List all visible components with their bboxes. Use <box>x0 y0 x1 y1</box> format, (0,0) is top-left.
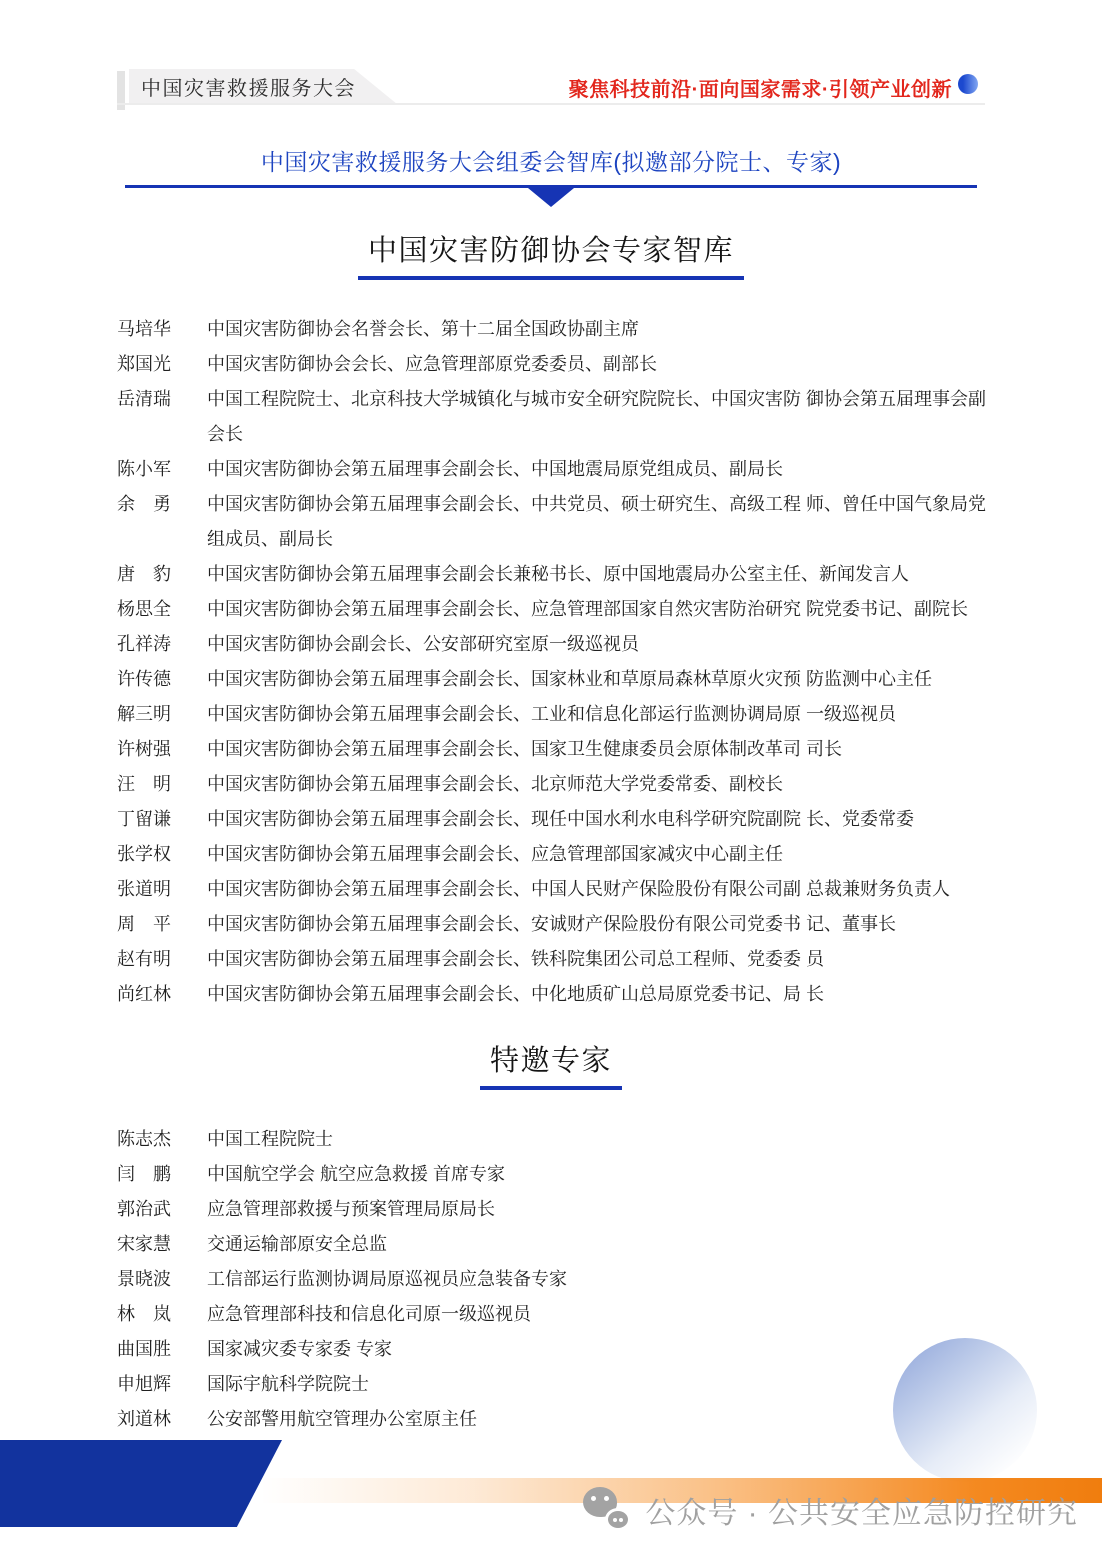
list-item: 许传德 中国灾害防御协会第五届理事会副会长、国家林业和草原局森林草原火灾预 防监… <box>117 662 1001 697</box>
member-desc: 中国工程院院士、北京科技大学城镇化与城市安全研究院院长、中国灾害防 御协会第五届… <box>207 382 987 452</box>
list-item: 赵有明 中国灾害防御协会第五届理事会副会长、铁科院集团公司总工程师、党委委 员 <box>117 942 1001 977</box>
list-item: 闫 鹏 中国航空学会 航空应急救援 首席专家 <box>117 1157 1001 1192</box>
watermark-text: 公众号 · 公共安全应急防控研究 <box>645 1488 1078 1532</box>
list-item: 杨思全 中国灾害防御协会第五届理事会副会长、应急管理部国家自然灾害防治研究 院党… <box>117 592 1001 627</box>
list-item: 岳清瑞 中国工程院院士、北京科技大学城镇化与城市安全研究院院长、中国灾害防 御协… <box>117 382 1001 452</box>
member-desc: 中国灾害防御协会第五届理事会副会长、北京师范大学党委常委、副校长 <box>207 767 987 802</box>
member-name: 郑国光 <box>117 347 207 382</box>
member-name: 曲国胜 <box>117 1332 207 1367</box>
member-name: 刘道林 <box>117 1402 207 1437</box>
member-name: 杨思全 <box>117 592 207 627</box>
list-item: 郭治武 应急管理部救援与预案管理局原局长 <box>117 1192 1001 1227</box>
member-desc: 中国灾害防御协会第五届理事会副会长、应急管理部国家自然灾害防治研究 院党委书记、… <box>207 592 987 627</box>
member-desc: 中国灾害防御协会第五届理事会副会长兼秘书长、原中国地震局办公室主任、新闻发言人 <box>207 557 987 592</box>
member-desc: 中国灾害防御协会会长、应急管理部原党委委员、副部长 <box>207 347 987 382</box>
list-item: 陈小军 中国灾害防御协会第五届理事会副会长、中国地震局原党组成员、副局长 <box>117 452 1001 487</box>
section-heading: 中国灾害防御协会专家智库 <box>358 228 744 280</box>
list-item: 张学权 中国灾害防御协会第五届理事会副会长、应急管理部国家减灾中心副主任 <box>117 837 1001 872</box>
member-desc: 中国灾害防御协会第五届理事会副会长、中化地质矿山总局原党委书记、局 长 <box>207 977 987 1012</box>
list-item: 丁留谦 中国灾害防御协会第五届理事会副会长、现任中国水利水电科学研究院副院 长、… <box>117 802 1001 837</box>
member-desc: 中国灾害防御协会第五届理事会副会长、工业和信息化部运行监测协调局原 一级巡视员 <box>207 697 987 732</box>
member-name: 陈小军 <box>117 452 207 487</box>
member-desc: 中国灾害防御协会第五届理事会副会长、现任中国水利水电科学研究院副院 长、党委常委 <box>207 802 987 837</box>
member-name: 孔祥涛 <box>117 627 207 662</box>
member-name: 赵有明 <box>117 942 207 977</box>
member-name: 马培华 <box>117 312 207 347</box>
member-name: 尚红林 <box>117 977 207 1012</box>
document-page: 中国灾害救援服务大会 聚焦科技前沿·面向国家需求·引领产业创新 中国灾害救援服务… <box>0 0 1102 1559</box>
member-name: 林 岚 <box>117 1297 207 1332</box>
member-desc: 中国灾害防御协会第五届理事会副会长、中国人民财产保险股份有限公司副 总裁兼财务负… <box>207 872 987 907</box>
member-desc: 中国灾害防御协会第五届理事会副会长、中国地震局原党组成员、副局长 <box>207 452 987 487</box>
member-name: 周 平 <box>117 907 207 942</box>
list-item: 郑国光 中国灾害防御协会会长、应急管理部原党委委员、副部长 <box>117 347 1001 382</box>
member-name: 许传德 <box>117 662 207 697</box>
header-divider <box>117 103 985 105</box>
sections: 中国灾害防御协会专家智库 马培华 中国灾害防御协会名誉会长、第十二届全国政协副主… <box>0 228 1102 1437</box>
member-desc: 中国灾害防御协会第五届理事会副会长、铁科院集团公司总工程师、党委委 员 <box>207 942 987 977</box>
list-item: 孔祥涛 中国灾害防御协会副会长、公安部研究室原一级巡视员 <box>117 627 1001 662</box>
triangle-down-icon <box>528 188 574 207</box>
member-desc: 交通运输部原安全总监 <box>207 1227 987 1262</box>
member-desc: 中国灾害防御协会第五届理事会副会长、安诚财产保险股份有限公司党委书 记、董事长 <box>207 907 987 942</box>
member-name: 汪 明 <box>117 767 207 802</box>
wechat-icon <box>583 1487 633 1533</box>
header-dot-icon <box>958 74 978 94</box>
member-desc: 国家减灾委专家委 专家 <box>207 1332 987 1367</box>
member-name: 丁留谦 <box>117 802 207 837</box>
member-name: 张道明 <box>117 872 207 907</box>
gradient-circle-decoration <box>893 1338 1037 1482</box>
member-desc: 中国灾害防御协会副会长、公安部研究室原一级巡视员 <box>207 627 987 662</box>
member-name: 唐 豹 <box>117 557 207 592</box>
expert-section: 中国灾害防御协会专家智库 马培华 中国灾害防御协会名誉会长、第十二届全国政协副主… <box>0 228 1102 1012</box>
member-name: 余 勇 <box>117 487 207 557</box>
list-item: 景晓波 工信部运行监测协调局原巡视员应急装备专家 <box>117 1262 1001 1297</box>
blue-parallelogram-decoration <box>0 1440 282 1527</box>
member-desc: 中国工程院院士 <box>207 1122 987 1157</box>
list-item: 许树强 中国灾害防御协会第五届理事会副会长、国家卫生健康委员会原体制改革司 司长 <box>117 732 1001 767</box>
member-desc: 国际宇航科学院院士 <box>207 1367 987 1402</box>
list-item: 解三明 中国灾害防御协会第五届理事会副会长、工业和信息化部运行监测协调局原 一级… <box>117 697 1001 732</box>
member-desc: 中国航空学会 航空应急救援 首席专家 <box>207 1157 987 1192</box>
member-name: 景晓波 <box>117 1262 207 1297</box>
member-name: 陈志杰 <box>117 1122 207 1157</box>
brand-banner: 中国灾害救援服务大会 <box>129 69 397 104</box>
member-desc: 中国灾害防御协会第五届理事会副会长、国家林业和草原局森林草原火灾预 防监测中心主… <box>207 662 987 697</box>
member-desc: 中国灾害防御协会第五届理事会副会长、应急管理部国家减灾中心副主任 <box>207 837 987 872</box>
wechat-bubble-small <box>605 1508 631 1531</box>
member-desc: 中国灾害防御协会第五届理事会副会长、国家卫生健康委员会原体制改革司 司长 <box>207 732 987 767</box>
watermark: 公众号 · 公共安全应急防控研究 <box>583 1486 1078 1534</box>
page-title: 中国灾害救援服务大会组委会智库(拟邀部分院士、专家) <box>0 144 1102 177</box>
member-desc: 应急管理部救援与预案管理局原局长 <box>207 1192 987 1227</box>
list-item: 林 岚 应急管理部科技和信息化司原一级巡视员 <box>117 1297 1001 1332</box>
member-desc: 工信部运行监测协调局原巡视员应急装备专家 <box>207 1262 987 1297</box>
member-list: 陈志杰 中国工程院院士 闫 鹏 中国航空学会 航空应急救援 首席专家 郭治武 应… <box>117 1122 1001 1437</box>
list-item: 刘道林 公安部警用航空管理办公室原主任 <box>117 1402 1001 1437</box>
list-item: 陈志杰 中国工程院院士 <box>117 1122 1001 1157</box>
member-name: 解三明 <box>117 697 207 732</box>
list-item: 申旭辉 国际宇航科学院院士 <box>117 1367 1001 1402</box>
list-item: 宋家慧 交通运输部原安全总监 <box>117 1227 1001 1262</box>
list-item: 马培华 中国灾害防御协会名誉会长、第十二届全国政协副主席 <box>117 312 1001 347</box>
member-list: 马培华 中国灾害防御协会名誉会长、第十二届全国政协副主席 郑国光 中国灾害防御协… <box>117 312 1001 1012</box>
member-name: 郭治武 <box>117 1192 207 1227</box>
member-name: 申旭辉 <box>117 1367 207 1402</box>
member-name: 张学权 <box>117 837 207 872</box>
member-name: 宋家慧 <box>117 1227 207 1262</box>
list-item: 张道明 中国灾害防御协会第五届理事会副会长、中国人民财产保险股份有限公司副 总裁… <box>117 872 1001 907</box>
header-slogan: 聚焦科技前沿·面向国家需求·引领产业创新 <box>569 73 952 102</box>
member-name: 岳清瑞 <box>117 382 207 452</box>
section-heading-wrap: 特邀专家 <box>0 1038 1102 1090</box>
list-item: 汪 明 中国灾害防御协会第五届理事会副会长、北京师范大学党委常委、副校长 <box>117 767 1001 802</box>
section-heading: 特邀专家 <box>480 1038 622 1090</box>
list-item: 曲国胜 国家减灾委专家委 专家 <box>117 1332 1001 1367</box>
list-item: 尚红林 中国灾害防御协会第五届理事会副会长、中化地质矿山总局原党委书记、局 长 <box>117 977 1001 1012</box>
list-item: 唐 豹 中国灾害防御协会第五届理事会副会长兼秘书长、原中国地震局办公室主任、新闻… <box>117 557 1001 592</box>
section-heading-wrap: 中国灾害防御协会专家智库 <box>0 228 1102 280</box>
member-desc: 应急管理部科技和信息化司原一级巡视员 <box>207 1297 987 1332</box>
member-desc: 公安部警用航空管理办公室原主任 <box>207 1402 987 1437</box>
list-item: 余 勇 中国灾害防御协会第五届理事会副会长、中共党员、硕士研究生、高级工程 师、… <box>117 487 1001 557</box>
member-name: 闫 鹏 <box>117 1157 207 1192</box>
member-desc: 中国灾害防御协会名誉会长、第十二届全国政协副主席 <box>207 312 987 347</box>
member-desc: 中国灾害防御协会第五届理事会副会长、中共党员、硕士研究生、高级工程 师、曾任中国… <box>207 487 987 557</box>
member-name: 许树强 <box>117 732 207 767</box>
brand-title: 中国灾害救援服务大会 <box>141 72 356 101</box>
list-item: 周 平 中国灾害防御协会第五届理事会副会长、安诚财产保险股份有限公司党委书 记、… <box>117 907 1001 942</box>
